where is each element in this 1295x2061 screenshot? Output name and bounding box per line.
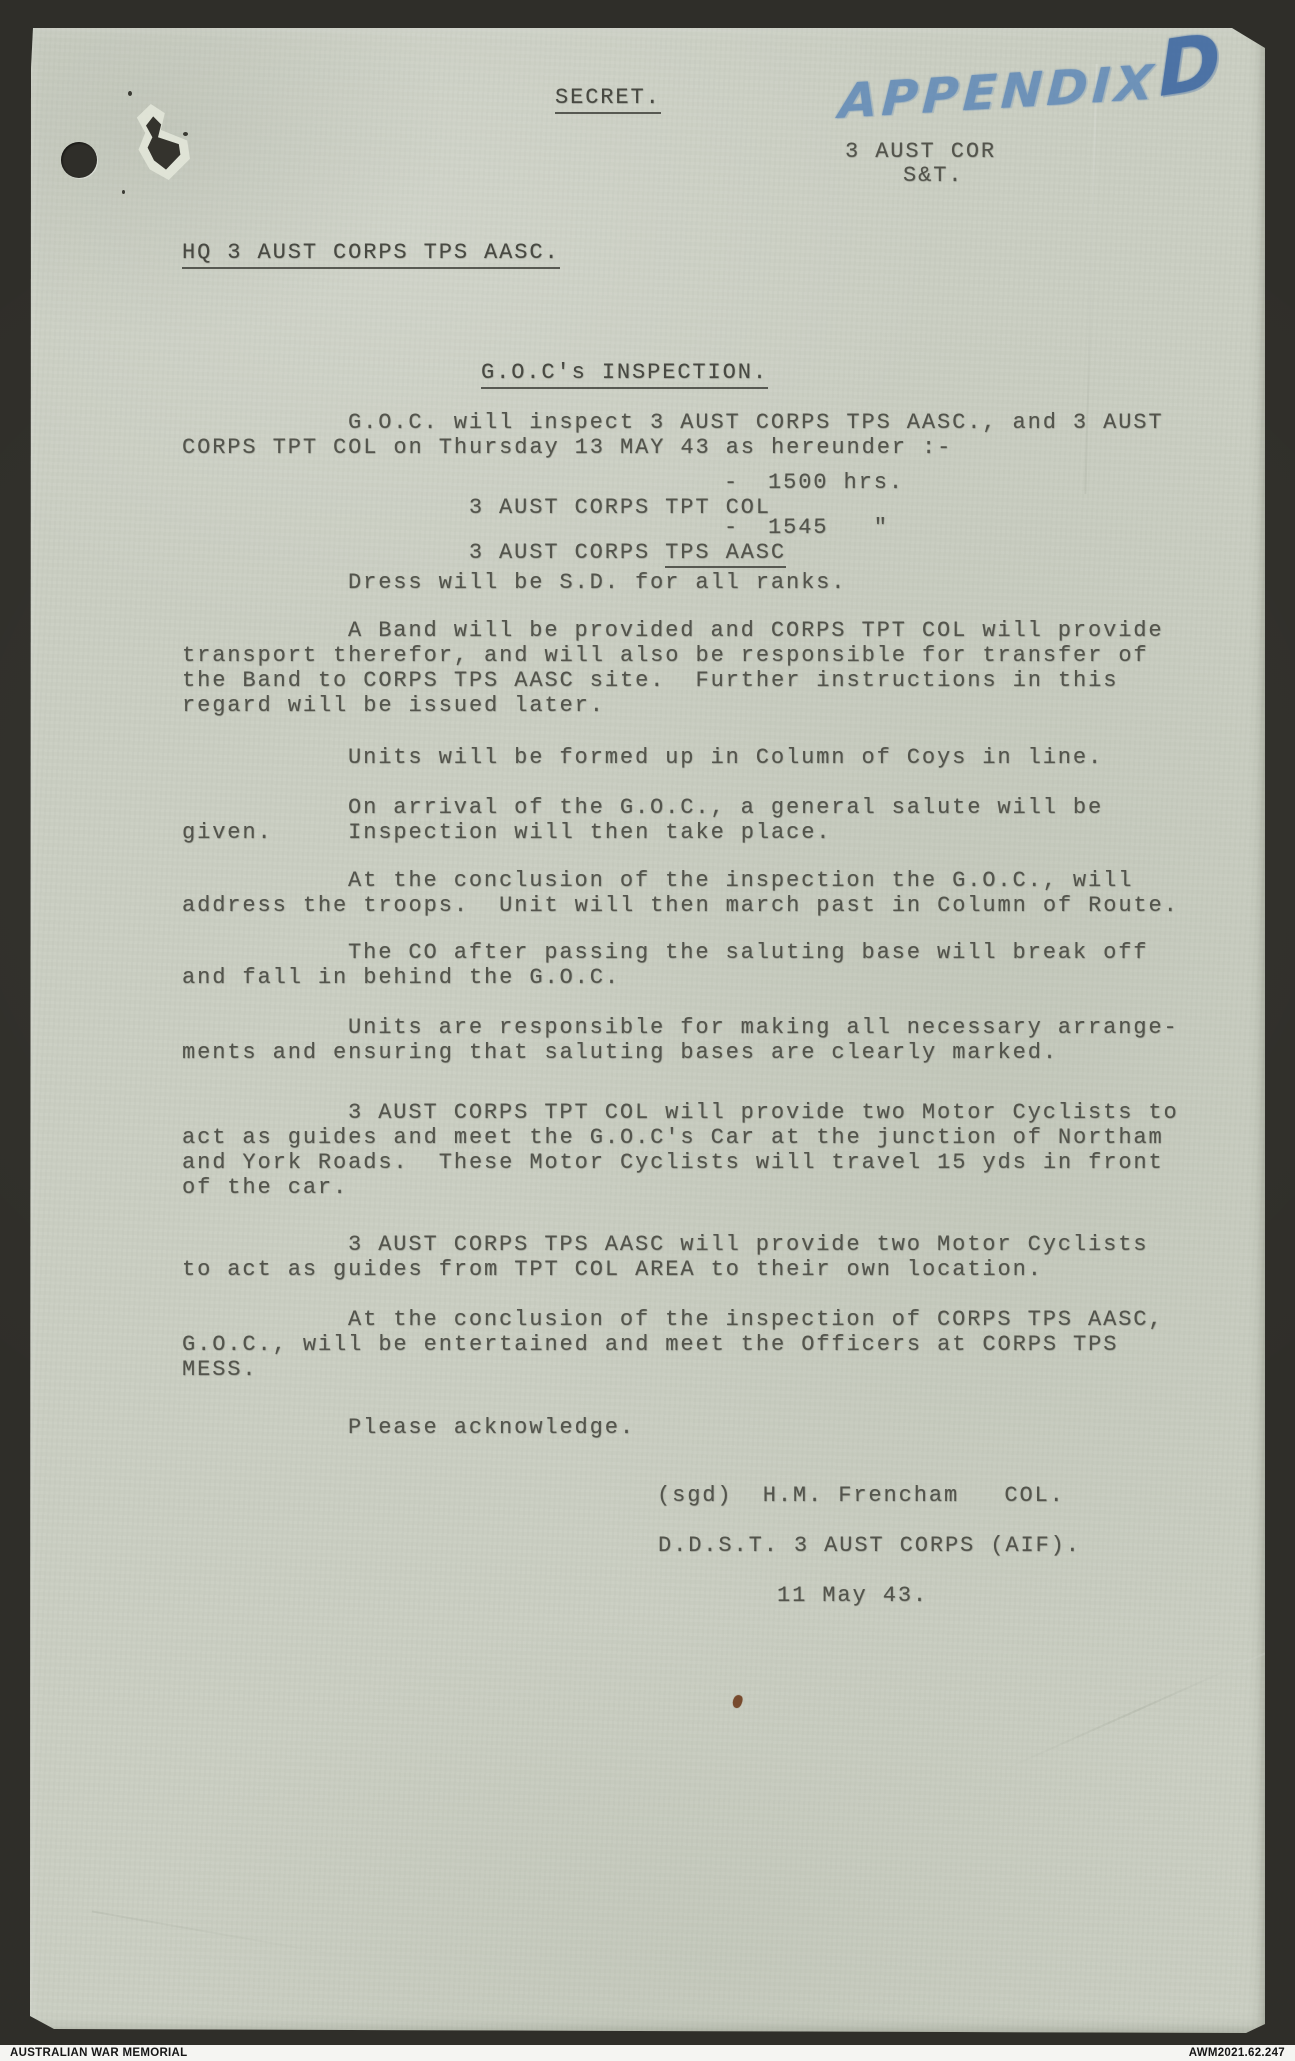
appendix-letter: D bbox=[1156, 15, 1222, 114]
text-line: of the car. bbox=[182, 1175, 1202, 1200]
text-line: 3 AUST CORPS TPS AASC will provide two M… bbox=[182, 1232, 1202, 1257]
text-line: Dress will be S.D. for all ranks. bbox=[182, 570, 1202, 595]
classification-text: SECRET. bbox=[555, 85, 661, 114]
paragraph-entertainment: At the conclusion of the inspection of C… bbox=[182, 1307, 1202, 1382]
appendix-word: APPENDIX bbox=[838, 55, 1158, 130]
signature-appointment: D.D.S.T. 3 AUST CORPS (AIF). bbox=[658, 1533, 1081, 1558]
text-line: 3 AUST CORPS TPT COL will provide two Mo… bbox=[182, 1100, 1202, 1125]
text-line: Units will be formed up in Column of Coy… bbox=[182, 745, 1202, 770]
text-line: The CO after passing the saluting base w… bbox=[182, 940, 1202, 965]
document-title-text: G.O.C's INSPECTION. bbox=[481, 360, 768, 389]
paragraph-motorcyclists-tps-aasc: 3 AUST CORPS TPS AASC will provide two M… bbox=[182, 1232, 1202, 1282]
paragraph-formation: Units will be formed up in Column of Coy… bbox=[182, 745, 1202, 770]
paragraph-co: The CO after passing the saluting base w… bbox=[182, 940, 1202, 990]
schedule-time: 1545 " bbox=[768, 515, 889, 540]
photo-mat: SECRET. APPENDIXD 3 AUST COR S&T. HQ 3 A… bbox=[0, 0, 1295, 2061]
text-line: ments and ensuring that saluting bases a… bbox=[182, 1040, 1202, 1065]
text-line: address the troops. Unit will then march… bbox=[182, 893, 1202, 918]
punch-hole bbox=[61, 142, 97, 178]
paragraph-inspection-notice: G.O.C. will inspect 3 AUST CORPS TPS AAS… bbox=[182, 410, 1202, 460]
text-line: At the conclusion of the inspection the … bbox=[182, 868, 1202, 893]
document-title: G.O.C's INSPECTION. bbox=[481, 360, 768, 389]
archive-footer-bar: AUSTRALIAN WAR MEMORIAL AWM2021.62.247 bbox=[0, 2045, 1295, 2061]
schedule-unit: 3 AUST CORPS bbox=[469, 540, 665, 565]
schedule-dash: - bbox=[724, 470, 739, 495]
text-line: given. Inspection will then take place. bbox=[182, 820, 1202, 845]
text-line: On arrival of the G.O.C., a general salu… bbox=[182, 795, 1202, 820]
office-line-1: 3 AUST COR bbox=[845, 140, 996, 164]
paragraph-band: A Band will be provided and CORPS TPT CO… bbox=[182, 618, 1202, 718]
archive-name: AUSTRALIAN WAR MEMORIAL bbox=[10, 2047, 187, 2059]
classification-stamp: SECRET. bbox=[555, 85, 661, 114]
document-page: SECRET. APPENDIXD 3 AUST COR S&T. HQ 3 A… bbox=[30, 28, 1265, 2033]
unit-heading: HQ 3 AUST CORPS TPS AASC. bbox=[182, 240, 560, 269]
text-line: MESS. bbox=[182, 1357, 1202, 1382]
schedule-time: 1500 hrs. bbox=[768, 470, 904, 495]
text-line: G.O.C., will be entertained and meet the… bbox=[182, 1332, 1202, 1357]
schedule-unit-underlined: TPS AASC bbox=[665, 540, 786, 568]
signature-text: (sgd) H.M. Frencham COL. bbox=[657, 1483, 1065, 1508]
signature-date: 11 May 43. bbox=[777, 1583, 928, 1608]
paragraph-arrival: On arrival of the G.O.C., a general salu… bbox=[182, 795, 1202, 845]
paragraph-acknowledge: Please acknowledge. bbox=[182, 1415, 1202, 1440]
text-line: to act as guides from TPT COL AREA to th… bbox=[182, 1257, 1202, 1282]
paper-speck bbox=[128, 91, 132, 96]
paper-crease bbox=[92, 1910, 348, 1957]
schedule-dash: - bbox=[724, 515, 739, 540]
text-line: the Band to CORPS TPS AASC site. Further… bbox=[182, 668, 1202, 693]
text-line: and fall in behind the G.O.C. bbox=[182, 965, 1202, 990]
paper-speck bbox=[183, 132, 188, 136]
text-line: Please acknowledge. bbox=[182, 1415, 1202, 1440]
text-line: At the conclusion of the inspection of C… bbox=[182, 1307, 1202, 1332]
paragraph-motorcyclists-tpt-col: 3 AUST CORPS TPT COL will provide two Mo… bbox=[182, 1100, 1202, 1200]
office-line-2: S&T. bbox=[845, 164, 996, 188]
text-line: Units are responsible for making all nec… bbox=[182, 1015, 1202, 1040]
paragraph-saluting-bases: Units are responsible for making all nec… bbox=[182, 1015, 1202, 1065]
paragraph-address: At the conclusion of the inspection the … bbox=[182, 868, 1202, 918]
text-line: and York Roads. These Motor Cyclists wil… bbox=[182, 1150, 1202, 1175]
text-line: transport therefor, and will also be res… bbox=[182, 643, 1202, 668]
paper-crease bbox=[1003, 1647, 1278, 1771]
text-line: CORPS TPT COL on Thursday 13 MAY 43 as h… bbox=[182, 435, 1202, 460]
ink-stain bbox=[731, 1694, 744, 1709]
paragraph-dress: Dress will be S.D. for all ranks. bbox=[182, 570, 1202, 595]
unit-heading-text: HQ 3 AUST CORPS TPS AASC. bbox=[182, 240, 560, 269]
office-block: 3 AUST COR S&T. bbox=[845, 140, 996, 188]
text-line: act as guides and meet the G.O.C's Car a… bbox=[182, 1125, 1202, 1150]
archive-accession-number: AWM2021.62.247 bbox=[1189, 2047, 1285, 2059]
signature-date-text: 11 May 43. bbox=[777, 1583, 928, 1608]
text-line: A Band will be provided and CORPS TPT CO… bbox=[182, 618, 1202, 643]
text-line: regard will be issued later. bbox=[182, 693, 1202, 718]
signature-appointment-text: D.D.S.T. 3 AUST CORPS (AIF). bbox=[658, 1533, 1081, 1558]
signature-line: (sgd) H.M. Frencham COL. bbox=[657, 1483, 1065, 1508]
handwritten-appendix-annotation: APPENDIXD bbox=[836, 24, 1224, 136]
paper-speck bbox=[122, 190, 125, 194]
text-line: G.O.C. will inspect 3 AUST CORPS TPS AAS… bbox=[182, 410, 1202, 435]
